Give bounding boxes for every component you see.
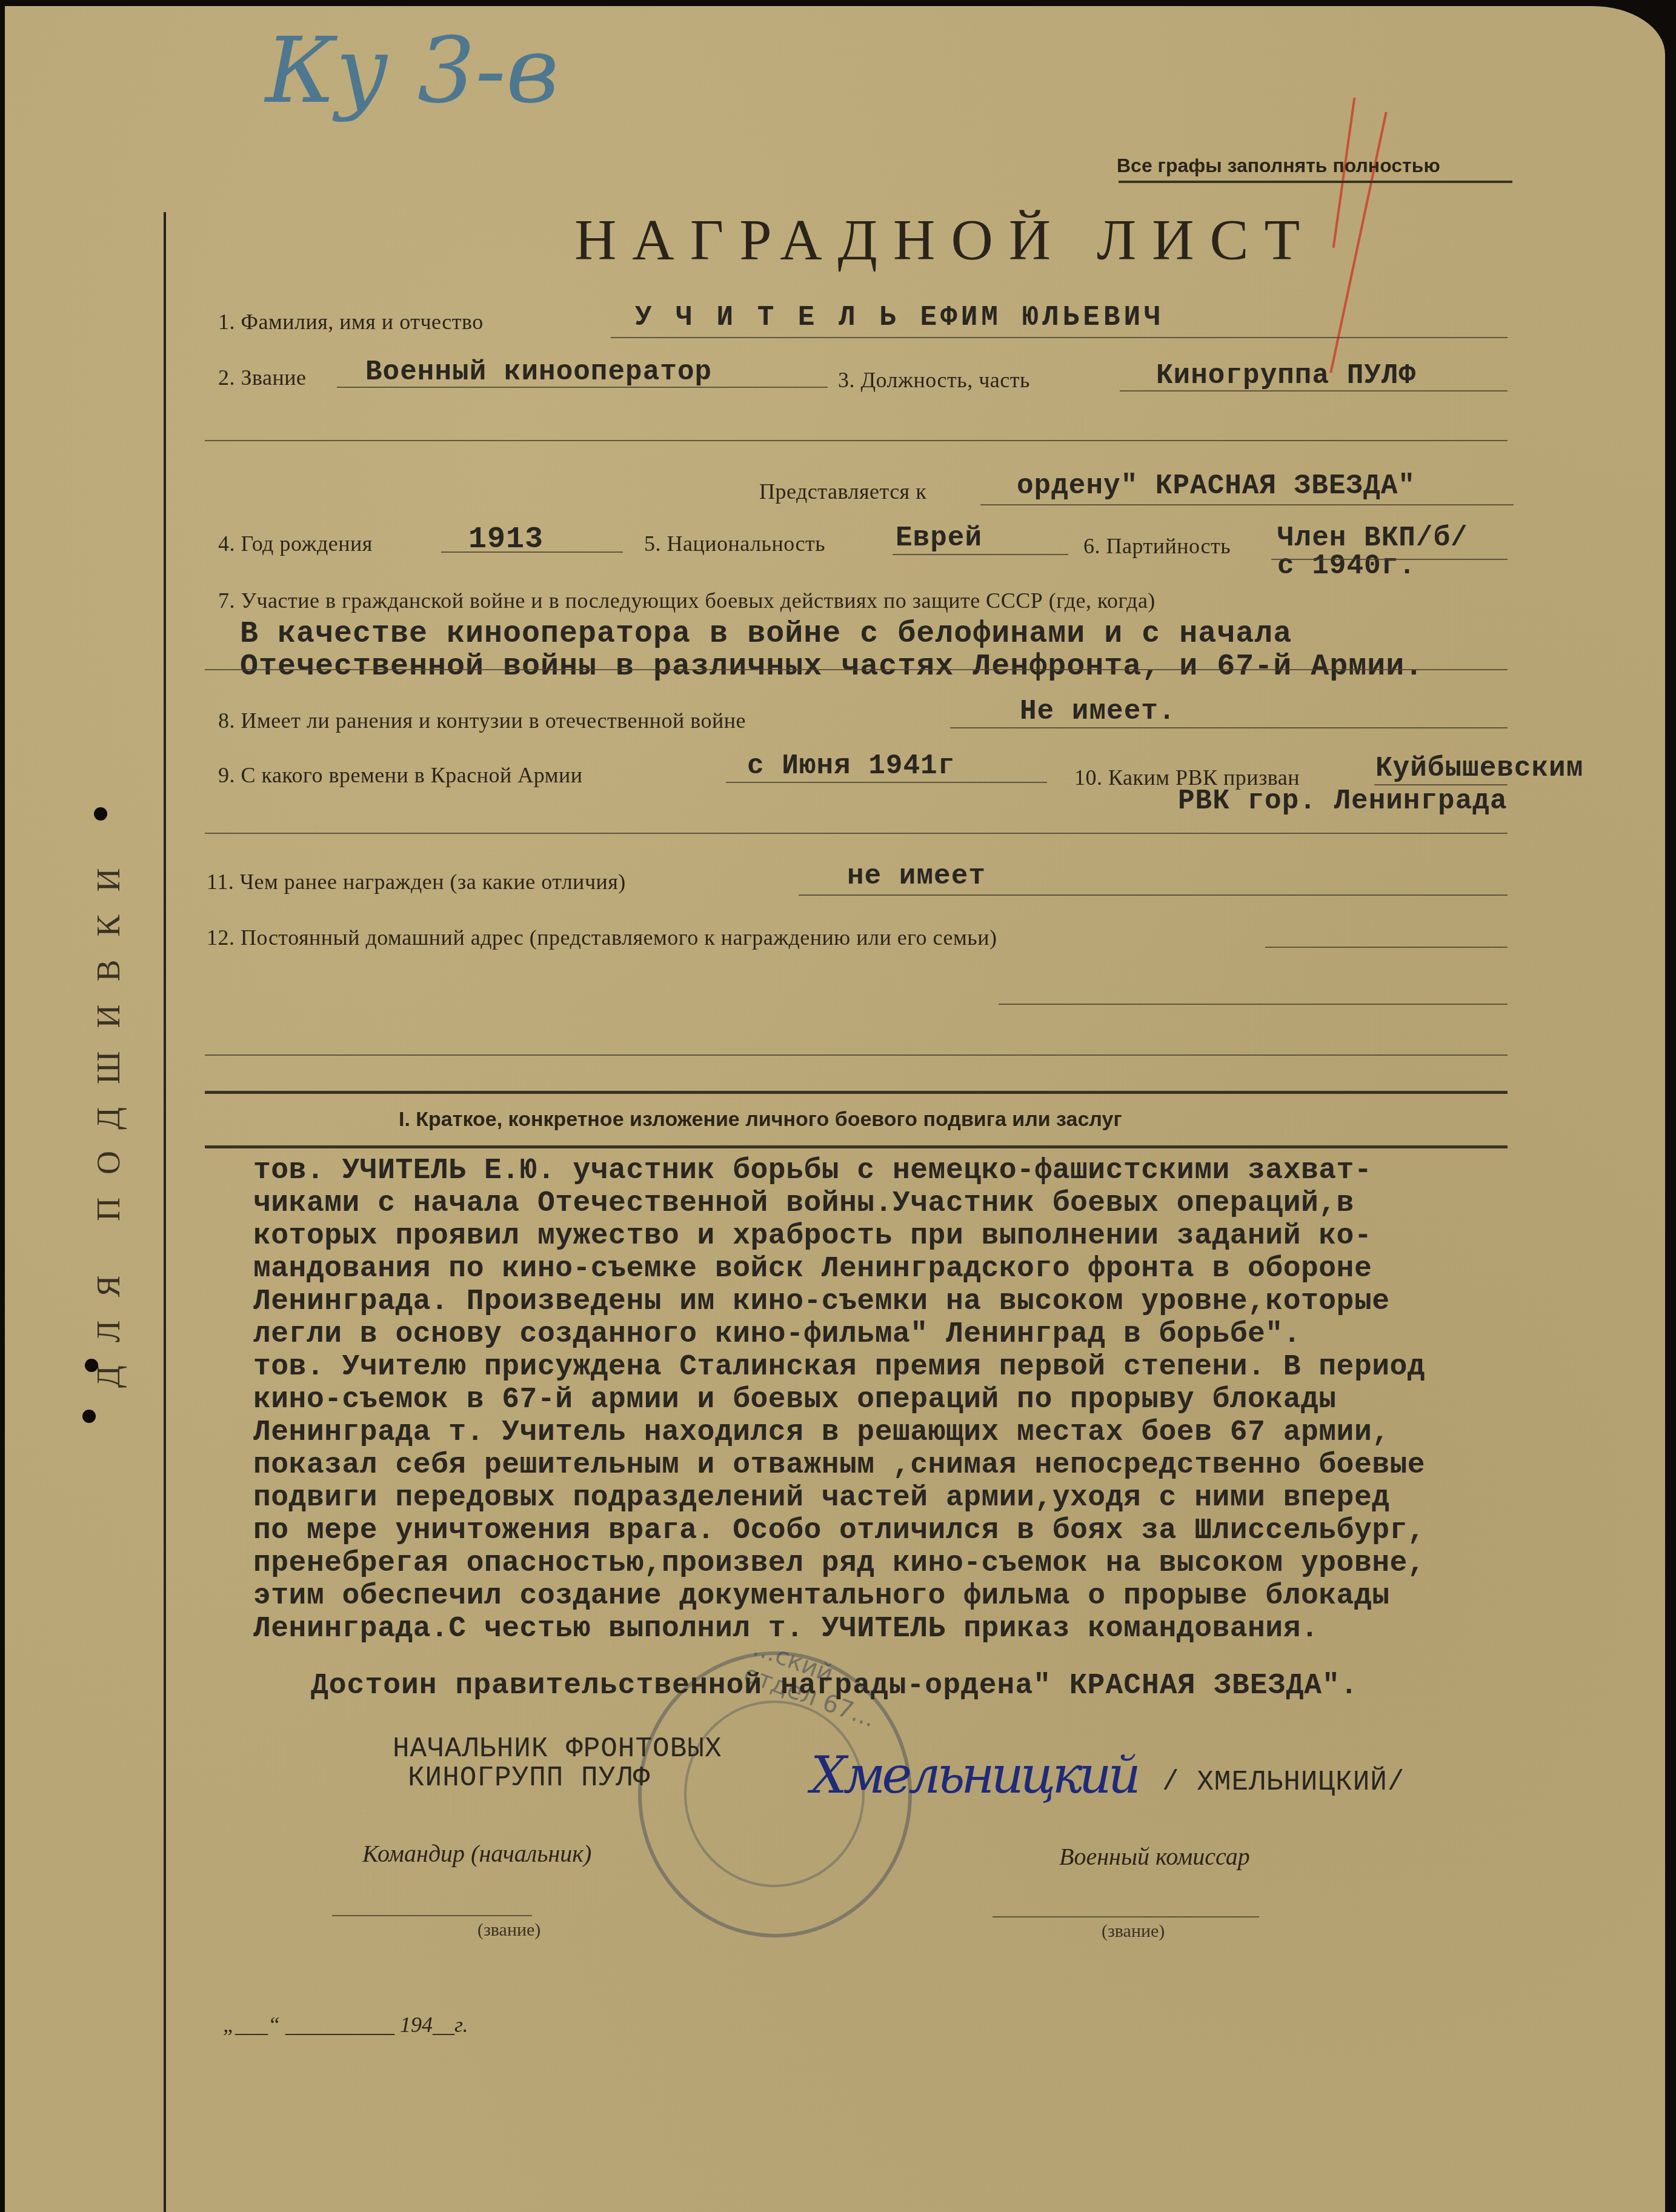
narrative-line: подвиги передовых подразделений частей а… [253,1482,1617,1514]
field-4-label: 4. Год рождения [218,531,373,556]
field-1-label: 1. Фамилия, имя и отчество [218,309,484,335]
signer-position-line1: НАЧАЛЬНИК ФРОНТОВЫХ [393,1733,722,1765]
field-8-value: Не имеет. [1020,696,1176,727]
award-sheet-page: Ку 3-в Все графы заполнять полностью ДЛЯ… [5,6,1665,2212]
punch-hole [85,1359,98,1372]
field-1-value: У Ч И Т Е Л Ь ЕФИМ ЮЛЬЕВИЧ [635,302,1165,333]
narrative-line: Ленинграда. Произведены им кино-съемки н… [253,1285,1617,1318]
field-11-value: не имеет [847,861,986,892]
commissar-rank-label: (звание) [1102,1921,1165,1942]
narrative-line: этим обеспечил создание документального … [253,1580,1617,1613]
field-5-value: Еврей [896,522,982,554]
commissar-rank-line [993,1916,1259,1917]
section-rule-top [205,1091,1508,1094]
narrative-line: показал себя решительным и отважным ,сни… [253,1449,1617,1482]
field-12-line-3 [205,1054,1508,1056]
section-rule-bottom [205,1145,1508,1148]
field-6-value-line2: с 1940г. [1277,550,1416,582]
blue-pencil-annotation: Ку 3-в [265,18,559,124]
narrative-line: по мере уничтожения врага. Особо отличил… [253,1514,1617,1547]
field-3-label: 3. Должность, часть [838,367,1030,393]
narrative-line: тов. Учителю присуждена Сталинская преми… [253,1351,1617,1384]
field-2-value: Военный кинооператор [365,356,712,388]
commissar-label: Военный комиссар [1059,1842,1250,1871]
red-pencil-stroke-2 [1329,112,1387,373]
narrative-line: легли в основу созданного кино-фильма" Л… [253,1318,1617,1351]
commander-rank-label: (звание) [477,1920,540,1940]
fill-all-fields-note: Все графы заполнять полностью [1117,155,1440,177]
field-9-value: с Июня 1941г [747,750,955,782]
page-title: НАГРАДНОЙ ЛИСТ [574,206,1315,273]
blank-line [205,440,1508,441]
narrative-line: мандования по кино-съемке войск Ленингра… [253,1253,1617,1285]
field-2-label: 2. Звание [218,365,307,390]
field-11-label: 11. Чем ранее награжден (за какие отличи… [207,869,626,894]
field-5-line [893,554,1068,555]
narrative-line: чиками с начала Отечественной войны.Учас… [253,1187,1617,1220]
award-label: Представляется к [759,479,926,504]
field-6-line [1271,559,1508,560]
binding-margin-label: ДЛЯ ПОДШИВКИ [90,845,127,1388]
field-8-label: 8. Имеет ли ранения и контузии в отечест… [218,708,746,733]
conclusion-text: Достоин правительственной награды-ордена… [311,1670,1358,1702]
narrative-line: Ленинграда.С честью выполнил т. УЧИТЕЛЬ … [253,1613,1617,1645]
narrative-line: которых проявил мужество и храбрость при… [253,1220,1617,1253]
field-9-line [726,782,1047,783]
punch-hole [94,807,107,821]
field-10-line [1374,784,1508,785]
blank-line [205,833,1508,834]
field-9-label: 9. С какого времени в Красной Армии [218,762,583,788]
narrative-line: кино-съемок в 67-й армии и боевых операц… [253,1384,1617,1416]
handwritten-signature: Хмельницкий [811,1745,1137,1805]
section-heading: I. Краткое, конкретное изложение личного… [399,1108,1122,1131]
signer-name: / ХМЕЛЬНИЦКИЙ/ [1162,1767,1405,1798]
field-4-line [441,551,623,553]
award-line [980,504,1514,505]
award-value: ордену" КРАСНАЯ ЗВЕЗДА" [1017,470,1415,502]
field-7-value-line1: В качестве кинооператора в войне с белоф… [240,617,1292,651]
field-7-value-line2: Отечественной войны в различных частях Л… [240,650,1423,684]
field-12-line-2 [999,1004,1508,1005]
merit-narrative: тов. УЧИТЕЛЬ Е.Ю. участник борьбы с неме… [253,1154,1617,1645]
narrative-line: пренебрегая опасностью,произвел ряд кино… [253,1547,1617,1580]
date-field: „___“ __________ 194__г. [223,2012,468,2037]
field-3-line [1120,390,1508,391]
field-1-line [611,337,1508,338]
field-5-label: 5. Национальность [644,531,825,556]
field-11-line [799,894,1508,896]
note-underline [1119,181,1512,183]
narrative-line: тов. УЧИТЕЛЬ Е.Ю. участник борьбы с неме… [253,1154,1617,1187]
field-8-line [950,727,1508,728]
commander-label: Командир (начальник) [362,1839,591,1868]
narrative-line: Ленинграда т. Учитель находился в решающ… [253,1416,1617,1449]
field-12-label: 12. Постоянный домашний адрес (представл… [207,925,997,950]
field-7-line [205,669,1508,670]
field-2-line [337,387,828,388]
field-10-value-line2: РВК гор. Ленинграда [1178,785,1508,817]
field-6-label: 6. Партийность [1083,533,1231,559]
punch-hole [82,1410,96,1423]
field-12-line [1265,947,1508,948]
field-7-label: 7. Участие в гражданской войне и в после… [218,588,1156,613]
commander-rank-line [332,1915,532,1916]
field-3-value: Киногруппа ПУЛФ [1156,360,1416,391]
binding-margin-line [164,212,166,2212]
field-10-value-line1: Куйбышевским [1375,753,1583,784]
field-6-value-line1: Член ВКП/б/ [1277,522,1468,554]
signer-position-line2: КИНОГРУПП ПУЛФ [408,1762,650,1794]
